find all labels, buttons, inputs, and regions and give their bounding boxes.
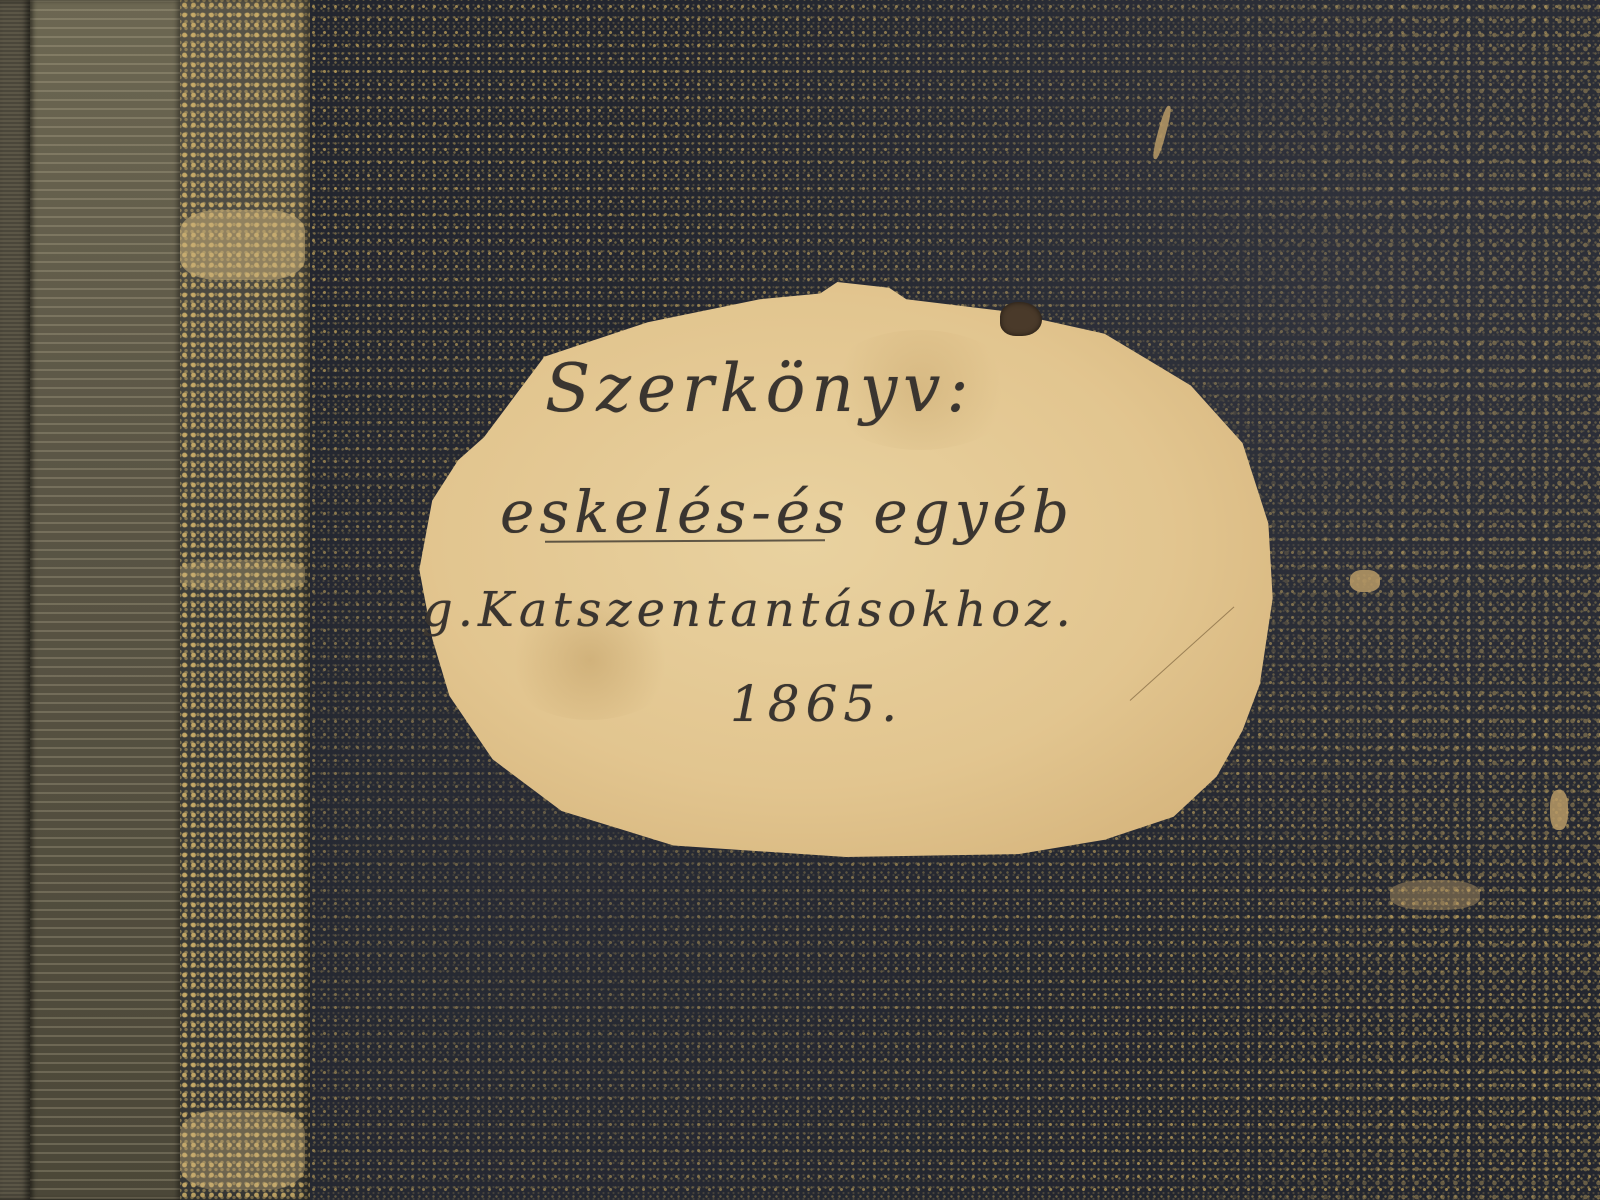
hinge-wear: [180, 210, 305, 280]
spine-cloth: [30, 0, 180, 1200]
hinge-wear: [180, 560, 305, 590]
spine-edge: [0, 0, 30, 1200]
hinge-wear: [180, 1110, 305, 1190]
cover-hinge: [180, 0, 310, 1200]
label-line-3: g.Katszentantásokhoz.: [422, 582, 1076, 638]
cover-scuff: [1550, 790, 1568, 830]
label-line-title: Szerkönyv:: [545, 350, 975, 427]
label-year: 1865.: [730, 675, 903, 733]
photo-scene: Szerkönyv: eskelés-és egyéb g.Katszentan…: [0, 0, 1600, 1200]
label-hole: [1000, 302, 1042, 336]
cover-scuff: [1390, 880, 1480, 910]
label-line-2: eskelés-és egyéb: [500, 478, 1074, 546]
cover-scuff: [1350, 570, 1380, 592]
